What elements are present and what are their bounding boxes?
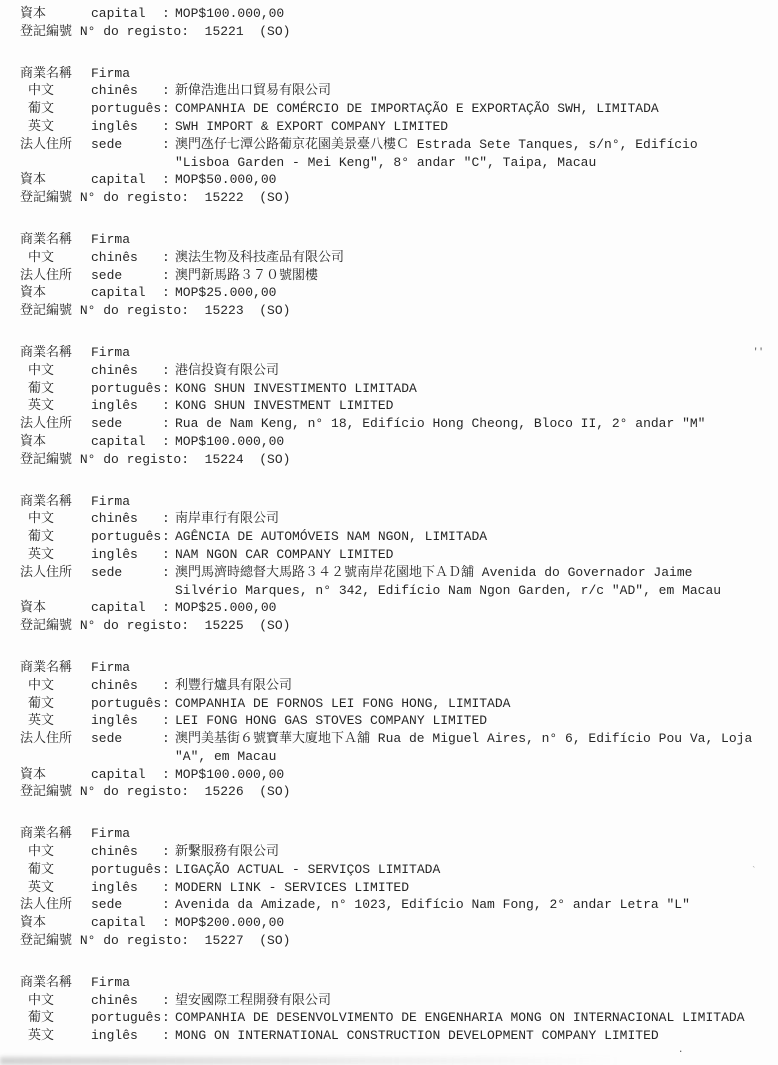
field-row: 中文chinês:望安國際工程開發有限公司 (20, 992, 778, 1010)
registration-number: 15227 (205, 932, 260, 950)
registration-number: 15223 (205, 302, 260, 320)
field-label-pt: inglês (91, 546, 162, 564)
field-label-pt: sede (91, 730, 162, 748)
field-value: MOP$100.000,00 (175, 766, 284, 784)
registration-label: N° do registo: (80, 189, 205, 207)
field-label-pt: Firma (91, 344, 162, 362)
field-separator: : (162, 730, 175, 748)
field-value: COMPANHIA DE FORNOS LEI FONG HONG, LIMIT… (175, 695, 510, 713)
field-separator: : (162, 564, 175, 582)
field-row: 登記編號 N° do registo: 15223 (SO) (20, 302, 778, 320)
field-label-pt: capital (91, 284, 162, 302)
field-row: 中文chinês:新偉浩進出口貿易有限公司 (20, 82, 778, 100)
field-value: 新偉浩進出口貿易有限公司 (175, 82, 331, 100)
field-row: 資本capital:MOP$50.000,00 (20, 171, 778, 189)
field-label-pt: inglês (91, 1027, 162, 1045)
field-label-zh: 英文 (20, 1027, 91, 1045)
field-separator: : (162, 433, 175, 451)
registration-suffix: (SO) (259, 783, 290, 801)
field-row: 英文inglês:SWH IMPORT & EXPORT COMPANY LIM… (20, 118, 778, 136)
field-label-pt: chinês (91, 82, 162, 100)
field-label-zh: 法人住所 (20, 896, 91, 914)
field-value: 澳門馬濟時總督大馬路３４２號南岸花園地下ＡＤ舖 Avenida do Gover… (175, 564, 692, 582)
field-label-pt: Firma (91, 65, 162, 83)
field-label-pt: Firma (91, 659, 162, 677)
field-label-pt: capital (91, 5, 162, 23)
field-row: 資本capital:MOP$100.000,00 (20, 5, 778, 23)
registration-label: N° do registo: (80, 617, 205, 635)
field-row: 資本capital:MOP$25.000,00 (20, 284, 778, 302)
field-value: MOP$25.000,00 (175, 599, 276, 617)
registration-suffix: (SO) (259, 189, 290, 207)
field-row: 葡文português:COMPANHIA DE DESENVOLVIMENTO… (20, 1009, 778, 1027)
field-label-zh: 登記編號 (20, 617, 80, 635)
field-label-zh: 資本 (20, 171, 91, 189)
field-label-zh: 中文 (20, 510, 91, 528)
field-label-pt: capital (91, 766, 162, 784)
field-row: 資本capital:MOP$25.000,00 (20, 599, 778, 617)
field-separator: : (162, 843, 175, 861)
field-row: 法人住所sede:澳門馬濟時總督大馬路３４２號南岸花園地下ＡＤ舖 Avenida… (20, 564, 778, 582)
field-row: 葡文português:COMPANHIA DE FORNOS LEI FONG… (20, 695, 778, 713)
field-value: COMPANHIA DE COMÉRCIO DE IMPORTAÇÃO E EX… (175, 100, 659, 118)
field-separator: : (162, 861, 175, 879)
field-separator: : (162, 896, 175, 914)
registration-number: 15221 (205, 23, 260, 41)
field-label-pt: inglês (91, 879, 162, 897)
field-separator: : (162, 712, 175, 730)
field-row: 葡文português:COMPANHIA DE COMÉRCIO DE IMP… (20, 100, 778, 118)
field-label-pt: inglês (91, 118, 162, 136)
field-label-pt: português (91, 380, 162, 398)
registration-suffix: (SO) (259, 932, 290, 950)
registration-label: N° do registo: (80, 932, 205, 950)
field-label-pt: chinês (91, 510, 162, 528)
registry-entry: 商業名稱Firma中文chinês:港信投資有限公司葡文português:KO… (20, 344, 778, 469)
field-label-zh: 資本 (20, 766, 91, 784)
field-row: 登記編號 N° do registo: 15226 (SO) (20, 783, 778, 801)
field-separator: : (162, 249, 175, 267)
field-label-zh: 商業名稱 (20, 65, 91, 83)
field-separator: : (162, 528, 175, 546)
field-value: 澳法生物及科技產品有限公司 (175, 249, 344, 267)
field-label-pt: sede (91, 267, 162, 285)
field-separator: : (162, 914, 175, 932)
field-label-zh: 中文 (20, 992, 91, 1010)
field-label-zh: 法人住所 (20, 730, 91, 748)
field-label-zh: 法人住所 (20, 415, 91, 433)
field-value: COMPANHIA DE DESENVOLVIMENTO DE ENGENHAR… (175, 1009, 745, 1027)
registry-entry: 商業名稱Firma中文chinês:利豐行爐具有限公司葡文português:C… (20, 659, 778, 801)
registration-number: 15222 (205, 189, 260, 207)
field-value: MOP$50.000,00 (175, 171, 276, 189)
field-label-zh: 登記編號 (20, 189, 80, 207)
field-row: 英文inglês:MODERN LINK - SERVICES LIMITED (20, 879, 778, 897)
field-label-pt: capital (91, 171, 162, 189)
field-separator: : (162, 546, 175, 564)
field-row: 中文chinês:南岸車行有限公司 (20, 510, 778, 528)
field-label-pt: sede (91, 136, 162, 154)
field-value: 澳門美基街６號寶華大廈地下Ａ舖 Rua de Miguel Aires, n° … (175, 730, 752, 748)
field-separator: : (162, 100, 175, 118)
registry-entry: 商業名稱Firma中文chinês:澳法生物及科技產品有限公司法人住所sede:… (20, 231, 778, 320)
field-label-zh: 葡文 (20, 1009, 91, 1027)
field-label-zh: 法人住所 (20, 136, 91, 154)
field-row-continuation: Silvério Marques, n° 342, Edifício Nam N… (20, 582, 778, 600)
field-row: 商業名稱Firma (20, 65, 778, 83)
field-label-zh: 葡文 (20, 528, 91, 546)
field-label-zh: 資本 (20, 433, 91, 451)
field-label-pt: sede (91, 415, 162, 433)
field-row: 資本capital:MOP$100.000,00 (20, 433, 778, 451)
registration-number: 15224 (205, 451, 260, 469)
field-row-continuation: "A", em Macau (20, 748, 778, 766)
field-label-zh: 中文 (20, 249, 91, 267)
field-value: MODERN LINK - SERVICES LIMITED (175, 879, 409, 897)
field-label-pt: capital (91, 433, 162, 451)
field-label-zh: 葡文 (20, 380, 91, 398)
field-label-zh: 英文 (20, 118, 91, 136)
field-label-pt: Firma (91, 231, 162, 249)
registration-label: N° do registo: (80, 302, 205, 320)
field-label-zh: 法人住所 (20, 267, 91, 285)
field-separator: : (162, 82, 175, 100)
field-row: 商業名稱Firma (20, 493, 778, 511)
field-value: LEI FONG HONG GAS STOVES COMPANY LIMITED (175, 712, 487, 730)
field-label-pt: português (91, 100, 162, 118)
field-label-zh: 資本 (20, 914, 91, 932)
field-row: 中文chinês:利豐行爐具有限公司 (20, 677, 778, 695)
field-label-zh: 資本 (20, 5, 91, 23)
field-row: 登記編號 N° do registo: 15227 (SO) (20, 932, 778, 950)
field-label-zh: 登記編號 (20, 451, 80, 469)
scan-artifact-band (0, 1057, 620, 1065)
field-row: 商業名稱Firma (20, 659, 778, 677)
field-label-zh: 商業名稱 (20, 344, 91, 362)
scan-speck: . (678, 1045, 683, 1055)
field-row: 中文chinês:新繫服務有限公司 (20, 843, 778, 861)
field-value: MOP$200.000,00 (175, 914, 284, 932)
field-separator: : (162, 677, 175, 695)
field-separator: : (162, 992, 175, 1010)
field-value: 港信投資有限公司 (175, 362, 279, 380)
field-value: KONG SHUN INVESTIMENTO LIMITADA (175, 380, 417, 398)
registration-suffix: (SO) (259, 451, 290, 469)
field-value: MONG ON INTERNATIONAL CONSTRUCTION DEVEL… (175, 1027, 659, 1045)
field-row: 商業名稱Firma (20, 825, 778, 843)
field-row: 商業名稱Firma (20, 231, 778, 249)
registration-suffix: (SO) (259, 302, 290, 320)
field-row-continuation: "Lisboa Garden - Mei Keng", 8° andar "C"… (20, 154, 778, 172)
field-label-pt: sede (91, 896, 162, 914)
field-row: 登記編號 N° do registo: 15225 (SO) (20, 617, 778, 635)
registration-label: N° do registo: (80, 451, 205, 469)
field-separator: : (162, 397, 175, 415)
field-value-continuation: Silvério Marques, n° 342, Edifício Nam N… (175, 582, 721, 600)
field-label-pt: chinês (91, 677, 162, 695)
field-separator: : (162, 171, 175, 189)
field-row: 中文chinês:港信投資有限公司 (20, 362, 778, 380)
field-row: 法人住所sede:澳門氹仔七潭公路葡京花園美景臺八樓Ｃ Estrada Sete… (20, 136, 778, 154)
field-label-pt: capital (91, 599, 162, 617)
field-row: 英文inglês:KONG SHUN INVESTMENT LIMITED (20, 397, 778, 415)
field-label-pt: Firma (91, 825, 162, 843)
field-label-pt: chinês (91, 992, 162, 1010)
registry-entry: 資本capital:MOP$100.000,00登記編號 N° do regis… (20, 5, 778, 41)
field-label-pt: sede (91, 564, 162, 582)
field-label-zh: 葡文 (20, 861, 91, 879)
field-row: 葡文português:AGÊNCIA DE AUTOMÓVEIS NAM NG… (20, 528, 778, 546)
field-value: Rua de Nam Keng, n° 18, Edifício Hong Ch… (175, 415, 706, 433)
field-row: 葡文português:KONG SHUN INVESTIMENTO LIMIT… (20, 380, 778, 398)
field-row: 登記編號 N° do registo: 15221 (SO) (20, 23, 778, 41)
field-label-zh: 商業名稱 (20, 825, 91, 843)
field-label-zh: 中文 (20, 843, 91, 861)
field-row: 登記編號 N° do registo: 15222 (SO) (20, 189, 778, 207)
field-row: 法人住所sede:澳門美基街６號寶華大廈地下Ａ舖 Rua de Miguel A… (20, 730, 778, 748)
field-label-zh: 商業名稱 (20, 974, 91, 992)
registration-label: N° do registo: (80, 783, 205, 801)
field-separator: : (162, 599, 175, 617)
field-separator: : (162, 5, 175, 23)
field-value: SWH IMPORT & EXPORT COMPANY LIMITED (175, 118, 448, 136)
field-value: 望安國際工程開發有限公司 (175, 992, 331, 1010)
field-label-zh: 英文 (20, 879, 91, 897)
field-label-zh: 中文 (20, 677, 91, 695)
field-label-zh: 登記編號 (20, 23, 80, 41)
registry-entry: 商業名稱Firma中文chinês:南岸車行有限公司葡文português:AG… (20, 493, 778, 635)
registration-suffix: (SO) (259, 23, 290, 41)
field-label-zh: 資本 (20, 599, 91, 617)
field-row: 英文inglês:MONG ON INTERNATIONAL CONSTRUCT… (20, 1027, 778, 1045)
field-label-zh: 中文 (20, 82, 91, 100)
field-row: 葡文português:LIGAÇÃO ACTUAL - SERVIÇOS LI… (20, 861, 778, 879)
field-label-zh: 葡文 (20, 100, 91, 118)
field-value: 南岸車行有限公司 (175, 510, 279, 528)
field-separator: : (162, 1027, 175, 1045)
field-row: 英文inglês:LEI FONG HONG GAS STOVES COMPAN… (20, 712, 778, 730)
registry-entry: 商業名稱Firma中文chinês:新偉浩進出口貿易有限公司葡文portuguê… (20, 65, 778, 207)
field-value: 澳門氹仔七潭公路葡京花園美景臺八樓Ｃ Estrada Sete Tanques,… (175, 136, 698, 154)
field-separator: : (162, 118, 175, 136)
registry-entry: 商業名稱Firma中文chinês:新繫服務有限公司葡文português:LI… (20, 825, 778, 950)
field-separator: : (162, 879, 175, 897)
field-label-pt: inglês (91, 712, 162, 730)
field-value: MOP$100.000,00 (175, 5, 284, 23)
field-label-zh: 商業名稱 (20, 231, 91, 249)
registry-entry: 商業名稱Firma中文chinês:望安國際工程開發有限公司葡文portuguê… (20, 974, 778, 1045)
field-label-pt: português (91, 861, 162, 879)
registration-number: 15225 (205, 617, 260, 635)
field-label-pt: chinês (91, 362, 162, 380)
field-label-zh: 法人住所 (20, 564, 91, 582)
field-row: 資本capital:MOP$100.000,00 (20, 766, 778, 784)
field-separator: : (162, 362, 175, 380)
field-value: Avenida da Amizade, n° 1023, Edifício Na… (175, 896, 690, 914)
field-separator: : (162, 1009, 175, 1027)
field-value: NAM NGON CAR COMPANY LIMITED (175, 546, 393, 564)
field-value: 新繫服務有限公司 (175, 843, 279, 861)
field-row: 商業名稱Firma (20, 974, 778, 992)
field-label-pt: chinês (91, 843, 162, 861)
field-label-zh: 登記編號 (20, 302, 80, 320)
field-label-pt: capital (91, 914, 162, 932)
field-label-zh: 中文 (20, 362, 91, 380)
field-separator: : (162, 510, 175, 528)
field-label-zh: 商業名稱 (20, 659, 91, 677)
field-label-pt: Firma (91, 493, 162, 511)
field-value: MOP$100.000,00 (175, 433, 284, 451)
field-row: 登記編號 N° do registo: 15224 (SO) (20, 451, 778, 469)
field-separator: : (162, 380, 175, 398)
field-row: 法人住所sede:Avenida da Amizade, n° 1023, Ed… (20, 896, 778, 914)
field-label-zh: 葡文 (20, 695, 91, 713)
field-label-zh: 英文 (20, 712, 91, 730)
document-page: 資本capital:MOP$100.000,00登記編號 N° do regis… (0, 0, 778, 1065)
field-separator: : (162, 766, 175, 784)
field-separator: : (162, 267, 175, 285)
registration-label: N° do registo: (80, 23, 205, 41)
field-row: 資本capital:MOP$200.000,00 (20, 914, 778, 932)
field-row: 英文inglês:NAM NGON CAR COMPANY LIMITED (20, 546, 778, 564)
field-row: 中文chinês:澳法生物及科技產品有限公司 (20, 249, 778, 267)
field-label-zh: 商業名稱 (20, 493, 91, 511)
field-separator: : (162, 415, 175, 433)
field-row: 商業名稱Firma (20, 344, 778, 362)
field-value: LIGAÇÃO ACTUAL - SERVIÇOS LIMITADA (175, 861, 440, 879)
field-label-pt: português (91, 528, 162, 546)
field-value: AGÊNCIA DE AUTOMÓVEIS NAM NGON, LIMITADA (175, 528, 487, 546)
field-row: 法人住所sede:澳門新馬路３７０號閣樓 (20, 267, 778, 285)
field-value: KONG SHUN INVESTMENT LIMITED (175, 397, 393, 415)
field-label-pt: português (91, 1009, 162, 1027)
field-value: MOP$25.000,00 (175, 284, 276, 302)
registry-entries: 資本capital:MOP$100.000,00登記編號 N° do regis… (20, 5, 778, 1045)
field-separator: : (162, 284, 175, 302)
field-label-zh: 登記編號 (20, 932, 80, 950)
field-row: 法人住所sede:Rua de Nam Keng, n° 18, Edifíci… (20, 415, 778, 433)
field-separator: : (162, 695, 175, 713)
field-label-zh: 登記編號 (20, 783, 80, 801)
field-label-zh: 資本 (20, 284, 91, 302)
field-value: 澳門新馬路３７０號閣樓 (175, 267, 318, 285)
field-label-pt: Firma (91, 974, 162, 992)
field-value-continuation: "A", em Macau (175, 748, 276, 766)
field-label-pt: chinês (91, 249, 162, 267)
field-label-pt: inglês (91, 397, 162, 415)
field-label-pt: português (91, 695, 162, 713)
field-value-continuation: "Lisboa Garden - Mei Keng", 8° andar "C"… (175, 154, 596, 172)
field-value: 利豐行爐具有限公司 (175, 677, 292, 695)
registration-suffix: (SO) (259, 617, 290, 635)
field-label-zh: 英文 (20, 397, 91, 415)
field-separator: : (162, 136, 175, 154)
field-label-zh: 英文 (20, 546, 91, 564)
registration-number: 15226 (205, 783, 260, 801)
